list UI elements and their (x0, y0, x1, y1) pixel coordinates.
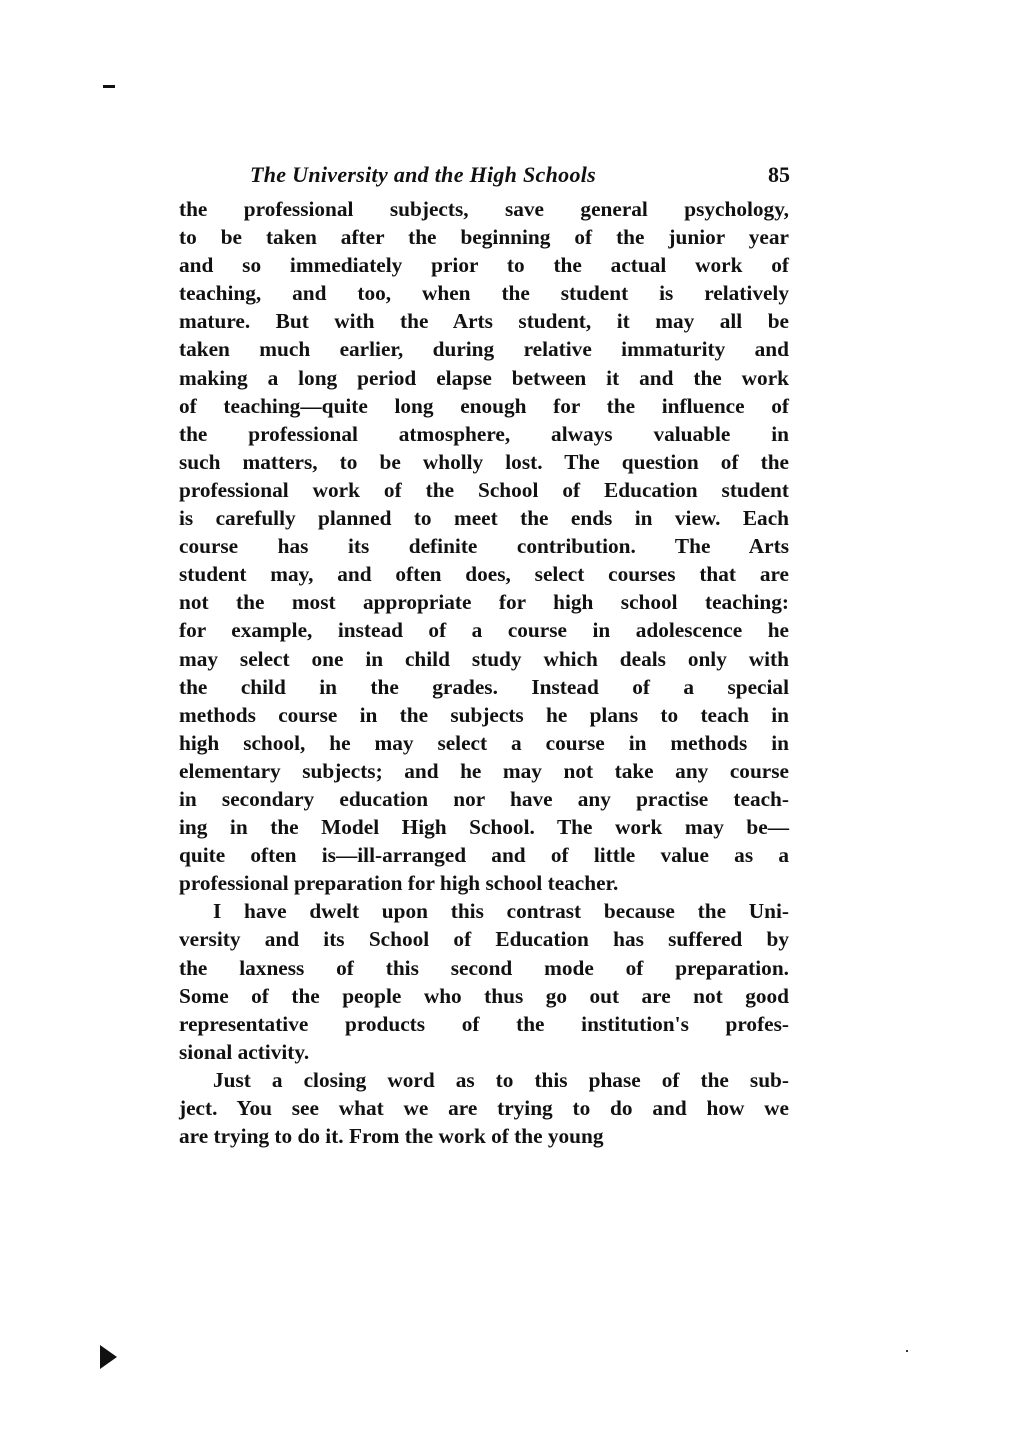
text-line: mature. But with the Arts student, it ma… (179, 307, 789, 335)
text-line: professional preparation for high school… (179, 869, 789, 897)
text-line: student may, and often does, select cour… (179, 560, 789, 588)
text-line: in secondary education nor have any prac… (179, 785, 789, 813)
text-line: representative products of the instituti… (179, 1010, 789, 1038)
text-line: ject. You see what we are trying to do a… (179, 1094, 789, 1122)
scan-speck (906, 1350, 908, 1352)
text-line: sional activity. (179, 1038, 789, 1066)
scan-mark-top (103, 85, 115, 88)
text-line: the professional atmosphere, always valu… (179, 420, 789, 448)
text-line: to be taken after the beginning of the j… (179, 223, 789, 251)
text-line: versity and its School of Education has … (179, 925, 789, 953)
text-line: course has its definite contribution. Th… (179, 532, 789, 560)
text-line: quite often is—ill-arranged and of littl… (179, 841, 789, 869)
text-line: elementary subjects; and he may not take… (179, 757, 789, 785)
text-line: high school, he may select a course in m… (179, 729, 789, 757)
text-line: taken much earlier, during relative imma… (179, 335, 789, 363)
text-line: ing in the Model High School. The work m… (179, 813, 789, 841)
text-line: for example, instead of a course in adol… (179, 616, 789, 644)
text-line: such matters, to be wholly lost. The que… (179, 448, 789, 476)
text-line: making a long period elapse between it a… (179, 364, 789, 392)
paragraph: Just a closing word as to this phase of … (179, 1066, 789, 1150)
text-line: the laxness of this second mode of prepa… (179, 954, 789, 982)
text-line: the professional subjects, save general … (179, 195, 789, 223)
running-header: The University and the High Schools 85 (250, 162, 790, 192)
text-line: teaching, and too, when the student is r… (179, 279, 789, 307)
text-line: methods course in the subjects he plans … (179, 701, 789, 729)
text-line: professional work of the School of Educa… (179, 476, 789, 504)
text-line: I have dwelt upon this contrast because … (179, 897, 789, 925)
text-line: Just a closing word as to this phase of … (179, 1066, 789, 1094)
scan-mark-bottom (100, 1345, 117, 1369)
text-line: are trying to do it. From the work of th… (179, 1122, 789, 1150)
running-header-title: The University and the High Schools (250, 162, 596, 188)
text-line: the child in the grades. Instead of a sp… (179, 673, 789, 701)
text-line: Some of the people who thus go out are n… (179, 982, 789, 1010)
text-line: and so immediately prior to the actual w… (179, 251, 789, 279)
text-line: may select one in child study which deal… (179, 645, 789, 673)
paragraph: the professional subjects, save general … (179, 195, 789, 897)
text-line: not the most appropriate for high school… (179, 588, 789, 616)
page-number: 85 (768, 162, 790, 188)
body-text: the professional subjects, save general … (179, 195, 789, 1150)
paragraph: I have dwelt upon this contrast because … (179, 897, 789, 1066)
text-line: is carefully planned to meet the ends in… (179, 504, 789, 532)
text-line: of teaching—quite long enough for the in… (179, 392, 789, 420)
